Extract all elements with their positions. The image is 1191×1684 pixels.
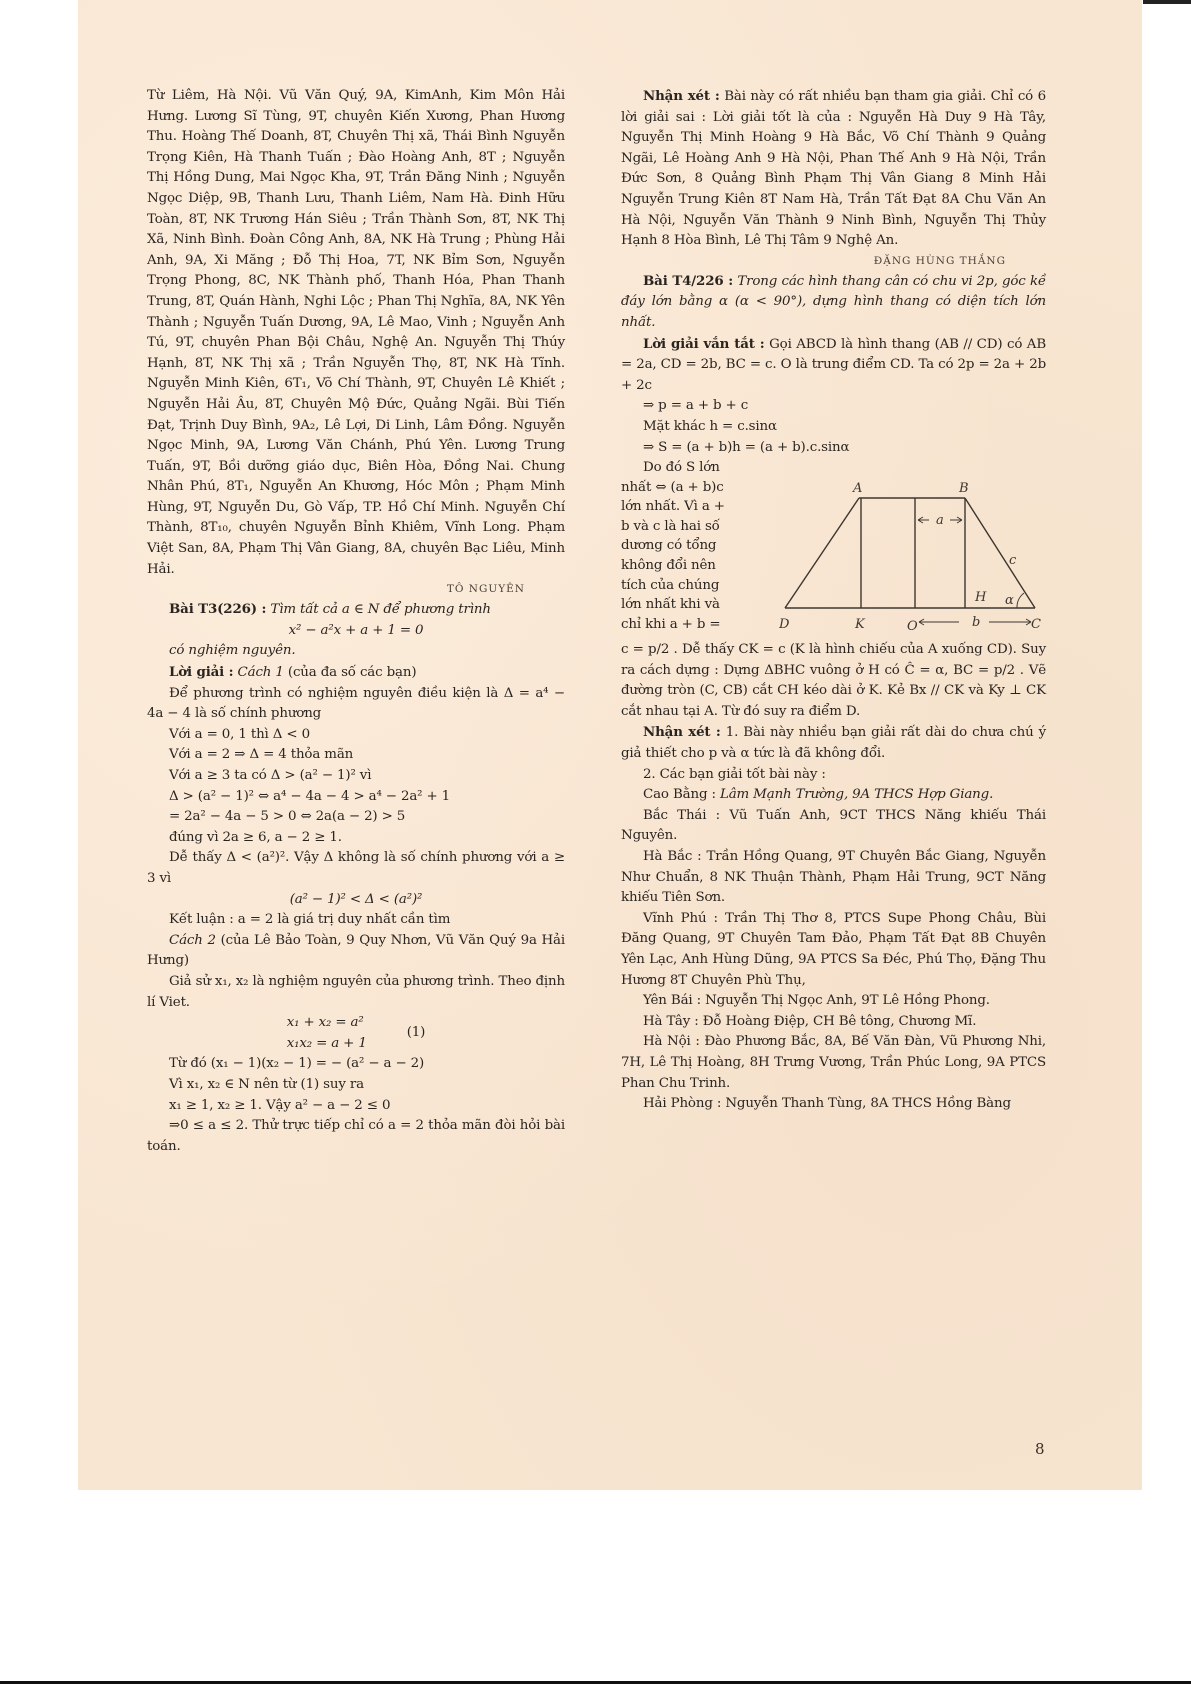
solver-entry: Hà Nội : Đào Phương Bắc, 8A, Bế Văn Đàn,…	[621, 1032, 1046, 1094]
point-d-label: D	[779, 617, 790, 632]
solver-entry: Hải Phòng : Nguyễn Thanh Tùng, 8A THCS H…	[621, 1094, 1046, 1115]
equation-tag: (1)	[407, 1023, 426, 1044]
page-number: 8	[1035, 1440, 1045, 1458]
right-column: Nhận xét : Bài này có rất nhiều bạn tham…	[621, 86, 1046, 1115]
left-column: Từ Liêm, Hà Nội. Vũ Văn Quý, 9A, KimAnh,…	[147, 86, 565, 1157]
problem-t3-equation: x² − a²x + a + 1 = 0	[147, 621, 565, 642]
method2-line: Vì x₁, x₂ ∈ N nên từ (1) suy ra	[147, 1075, 565, 1096]
problem-t3-label: Bài T3(226) :	[169, 601, 266, 617]
solution-line: = 2a² − 4a − 5 > 0 ⇔ 2a(a − 2) > 5	[147, 807, 565, 828]
solution-line: Với a = 2 ⇒ Δ = 4 thỏa mãn	[147, 745, 565, 766]
t4-solution-intro: Lời giải vắn tắt : Gọi ABCD là hình than…	[621, 334, 1046, 397]
solution-line: đúng vì 2a ≥ 6, a − 2 ≥ 1.	[147, 828, 565, 849]
solver-entry: Yên Bái : Nguyễn Thị Ngọc Anh, 9T Lê Hồn…	[621, 991, 1046, 1012]
t4-solution-line: ⇒ p = a + b + c	[621, 396, 1046, 417]
point-a-label: A	[852, 481, 862, 496]
solution-line: Để phương trình có nghiệm nguyên điều ki…	[147, 684, 565, 725]
method2-intro: Giả sử x₁, x₂ là nghiệm nguyên của phươn…	[147, 972, 565, 1013]
t4-solution-line: Mặt khác h = c.sinα	[621, 417, 1046, 438]
t4-remark: Nhận xét : 1. Bài này nhiều bạn giải rất…	[621, 722, 1046, 764]
t4-remark-2: 2. Các bạn giải tốt bài này :	[621, 765, 1046, 786]
problem-t3-statement-end: có nghiệm nguyên.	[147, 641, 565, 662]
solution-line: Với a ≥ 3 ta có Δ > (a² − 1)² vì	[147, 766, 565, 787]
point-h-label: H	[974, 590, 987, 605]
method2-line: Từ đó (x₁ − 1)(x₂ − 1) = − (a² − a − 2)	[147, 1054, 565, 1075]
label-b: b	[972, 615, 980, 630]
point-k-label: K	[854, 617, 866, 632]
problem-t3-statement: Bài T3(226) : Tìm tất cả a ∈ N để phương…	[147, 599, 565, 621]
solver-entry: Hà Tây : Đỗ Hoàng Điệp, CH Bê tông, Chươ…	[621, 1012, 1046, 1033]
label-c: c	[1009, 553, 1017, 568]
method2-heading: Cách 2 (của Lê Bảo Toàn, 9 Quy Nhơn, Vũ …	[147, 931, 565, 972]
solution-heading: Lời giải : Cách 1 (của đa số các bạn)	[147, 662, 565, 684]
solver-entry: Cao Bằng : Lâm Mạnh Trường, 9A THCS Hợp …	[621, 785, 1046, 806]
method2-line: ⇒0 ≤ a ≤ 2. Thử trực tiếp chỉ có a = 2 t…	[147, 1116, 565, 1157]
solver-entry: Hà Bắc : Trần Hồng Quang, 9T Chuyên Bắc …	[621, 847, 1046, 909]
t3-signature: ĐẶNG HÙNG THẮNG	[621, 252, 1046, 271]
solution-line: Δ > (a² − 1)² ⇔ a⁴ − 4a − 4 > a⁴ − 2a² +…	[147, 787, 565, 808]
conclusion: Kết luận : a = 2 là giá trị duy nhất cần…	[147, 910, 565, 931]
figure-block: Do đó S lớn nhất ⇔ (a + b)c lớn nhất. Vì…	[621, 458, 1046, 640]
solution-line: Dễ thấy Δ < (a²)². Vậy Δ không là số chí…	[147, 848, 565, 889]
t4-after-figure: c = p/2 . Dễ thấy CK = c (K là hình chiế…	[621, 640, 1046, 722]
vieta-system: x₁ + x₂ = a² x₁x₂ = a + 1 (1)	[147, 1013, 565, 1054]
method2-line: x₁ ≥ 1, x₂ ≥ 1. Vậy a² − a − 2 ≤ 0	[147, 1096, 565, 1117]
scan-edge-top	[1143, 0, 1191, 4]
problem-t4-statement: Bài T4/226 : Trong các hình thang cân có…	[621, 271, 1046, 334]
t3-remark: Nhận xét : Bài này có rất nhiều bạn tham…	[621, 86, 1046, 252]
label-a: a	[936, 513, 944, 528]
point-c-label: C	[1031, 617, 1041, 632]
solution-line: Với a = 0, 1 thì Δ < 0	[147, 725, 565, 746]
solver-entry: Bắc Thái : Vũ Tuấn Anh, 9CT THCS Năng kh…	[621, 806, 1046, 847]
prize-list: Từ Liêm, Hà Nội. Vũ Văn Quý, 9A, KimAnh,…	[147, 86, 565, 580]
trapezoid-diagram: A B C D K O H a b c α	[779, 464, 1049, 634]
figure-wrap-text: Do đó S lớn nhất ⇔ (a + b)c lớn nhất. Vì…	[621, 458, 731, 634]
label-alpha: α	[1005, 593, 1014, 608]
inequality: (a² − 1)² < Δ < (a²)²	[147, 890, 565, 911]
t4-solution-line: ⇒ S = (a + b)h = (a + b).c.sinα	[621, 438, 1046, 459]
point-b-label: B	[958, 481, 968, 496]
point-o-label: O	[907, 619, 918, 634]
solver-entry: Vĩnh Phú : Trần Thị Thơ 8, PTCS Supe Pho…	[621, 909, 1046, 991]
prize-list-signature: TÔ NGUYÊN	[147, 580, 565, 599]
